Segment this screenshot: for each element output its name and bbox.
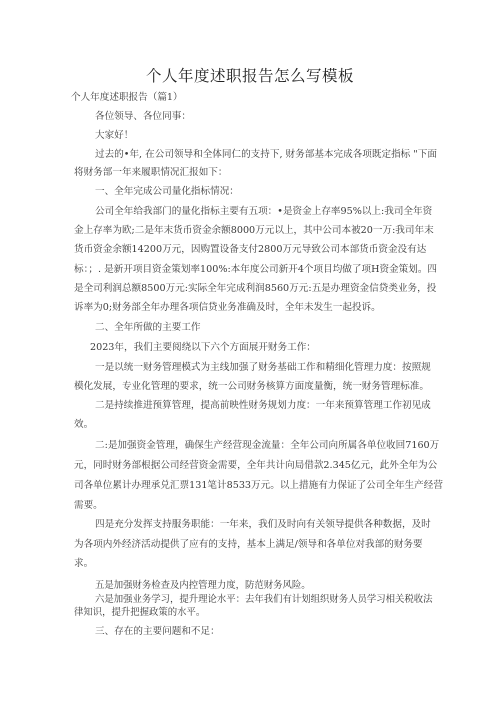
paragraph-line: 为各项内外经济活动提供了应有的支持，基本上满足/领导和各单位对我部的财务要 [74,539,423,551]
paragraph-line: 货币资金余额14200万元，因购置设备支付2800万元导致公司本部货币资金没有达 [74,244,426,256]
section-heading: 一、全年完成公司量化指标情况： [95,186,239,198]
section-heading: 三、存在的主要问题和不足： [95,626,220,638]
paragraph-line: 六是加强业务学习，提升理论水平：去年我们有计划组织财务人员学习相关税收法 [95,594,433,606]
section-heading: 个人年度述职报告（篇1） [71,92,183,104]
paragraph-line: 效。 [74,419,93,431]
greeting-text: 大家好！ [95,130,133,142]
paragraph-line: 元，同时财务部根据公司经营资金需要，全年共计向局借款2.345亿元，此外全年为公 [74,460,437,472]
paragraph-line: 二:是加强资金管理，确保生产经营现金流量：全年公司向所属各单位收回7160万 [95,440,439,452]
paragraph-line: 标：；. 是新开项目资金策划率100%:本年度公司新开4个项目均做了项H资金策划… [74,264,437,276]
paragraph-line: 诉率为0;财务部全年办理各项信贷业务准确及时，全年未发生一起投诉。 [74,302,381,314]
paragraph-line: 金上存率为欧;二是年末货币资金余额8000万元以上，其中公司本被20一万:我司年… [74,225,434,237]
salutation: 各位领导、各位同事： [95,111,191,123]
paragraph-line: 二是持续推进预算管理，提高前映性财务规划力度：一年来预算管理工作初见成 [95,400,431,412]
paragraph-line: 模化发展，专业化管理的要求，统一公司财务核算方面度量衡，统一财务管理标准。 [74,381,429,393]
paragraph-line: 需要。 [74,500,103,512]
paragraph-line: 司各单位累计办理承兑汇票131笔计8533万元。以上措施有力保证了公司全年生产经… [74,480,443,492]
paragraph-line: 是全司利润总额8500万元:实际全年完成利润8560万元:五是办理资金信贷类业务… [74,283,436,295]
paragraph-line: 过去的•年, 在公司领导和全体同仁的支持下, 财务部基本完成各项既定指标 "下面 [95,149,437,161]
paragraph-line: 将财务部一年来履职情况汇报如下： [74,167,228,179]
paragraph-line: 公司全年给我部门的量化指标主要有五项：•是资金上存率95%以上:我司全年资 [95,206,432,218]
document-page: 个人年度述职报告怎么写模板 个人年度述职报告（篇1） 各位领导、各位同事： 大家… [0,0,500,707]
paragraph-line: 律知识，提升把握政策的水平。 [74,607,205,619]
document-title: 个人年度述职报告怎么写模板 [0,64,500,86]
paragraph-line: 2023年，我们主要阅绕以下六个方面展开财务工作： [90,342,316,354]
paragraph-line: 五是加强财务检查及内控管理力度，防范财务风险。 [95,580,311,592]
section-heading: 二、全年所做的主要工作 [95,322,201,334]
paragraph-line: 一是以统一财务管理模式为主线加强了财务基础工作和精细化管理力度：按照规 [95,362,431,374]
paragraph-line: 求。 [74,558,93,570]
paragraph-line: 四是充分发挥支持服务职能：一年来，我们及时向有关领导提供各种数据，及时 [95,519,431,531]
